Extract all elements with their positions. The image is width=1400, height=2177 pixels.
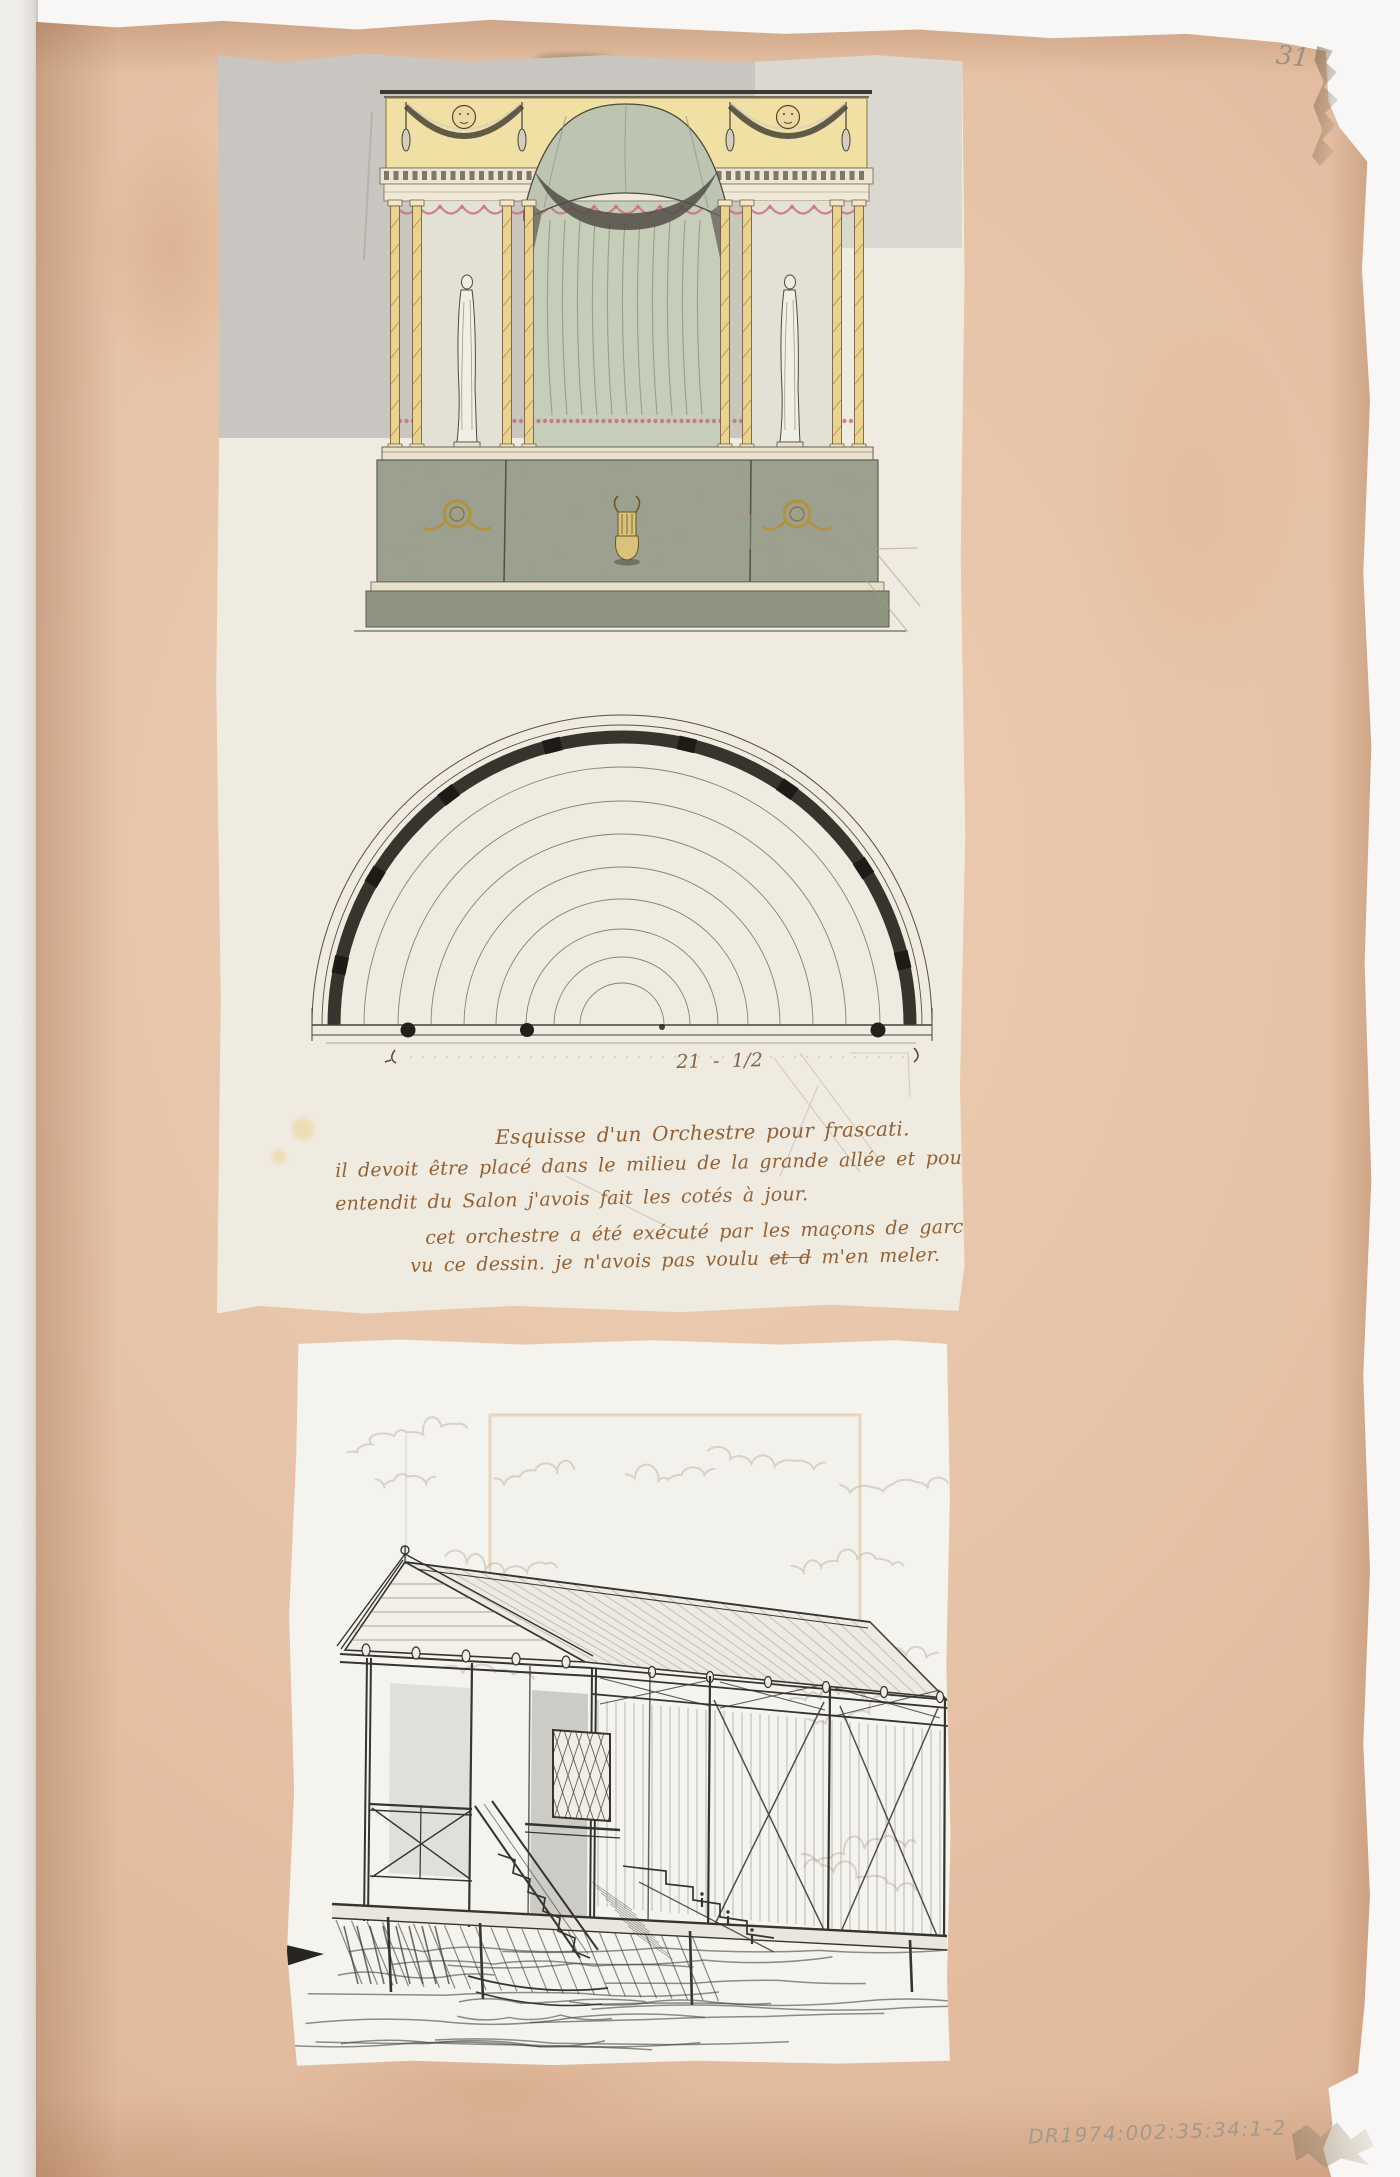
platform: [332, 1904, 947, 2005]
album-page: 31: [36, 10, 1374, 2177]
orchestra-drawing-sheet: 21 - 1/2 Esquisse d'un Orchestre pour fr…: [214, 50, 966, 1316]
podium: [354, 447, 906, 631]
pavilion-sketch-sheet: [240, 1338, 952, 2068]
plan-arcs: [312, 715, 932, 1025]
dimension-marks: [385, 1048, 918, 1063]
folio-number: 31: [1275, 40, 1311, 73]
orchestra-plan-drawing: [214, 610, 966, 1316]
page-shading: [36, 10, 120, 2177]
porch-shadow: [389, 1683, 470, 1878]
page-stain: [1076, 310, 1306, 710]
orchestra-elevation-drawing: [214, 50, 966, 640]
ground-scribbles: [275, 1947, 952, 2050]
accession-number: DR1974:002:35:34:1-2: [1028, 2115, 1288, 2148]
plan-dimension-label: 21 - 1/2: [676, 1049, 763, 1073]
inscription-struck-text: et d: [769, 1247, 811, 1270]
page-shading: [1328, 10, 1374, 2177]
scanned-album-page: 31: [0, 0, 1400, 2177]
torn-edge-mark: [282, 1944, 324, 1966]
pavilion-sketch: [240, 1338, 952, 2068]
pencil-underdrawing: [566, 1053, 910, 1240]
inscription-text: m'en meler.: [811, 1244, 940, 1269]
facing-page-edge: [0, 0, 38, 2177]
